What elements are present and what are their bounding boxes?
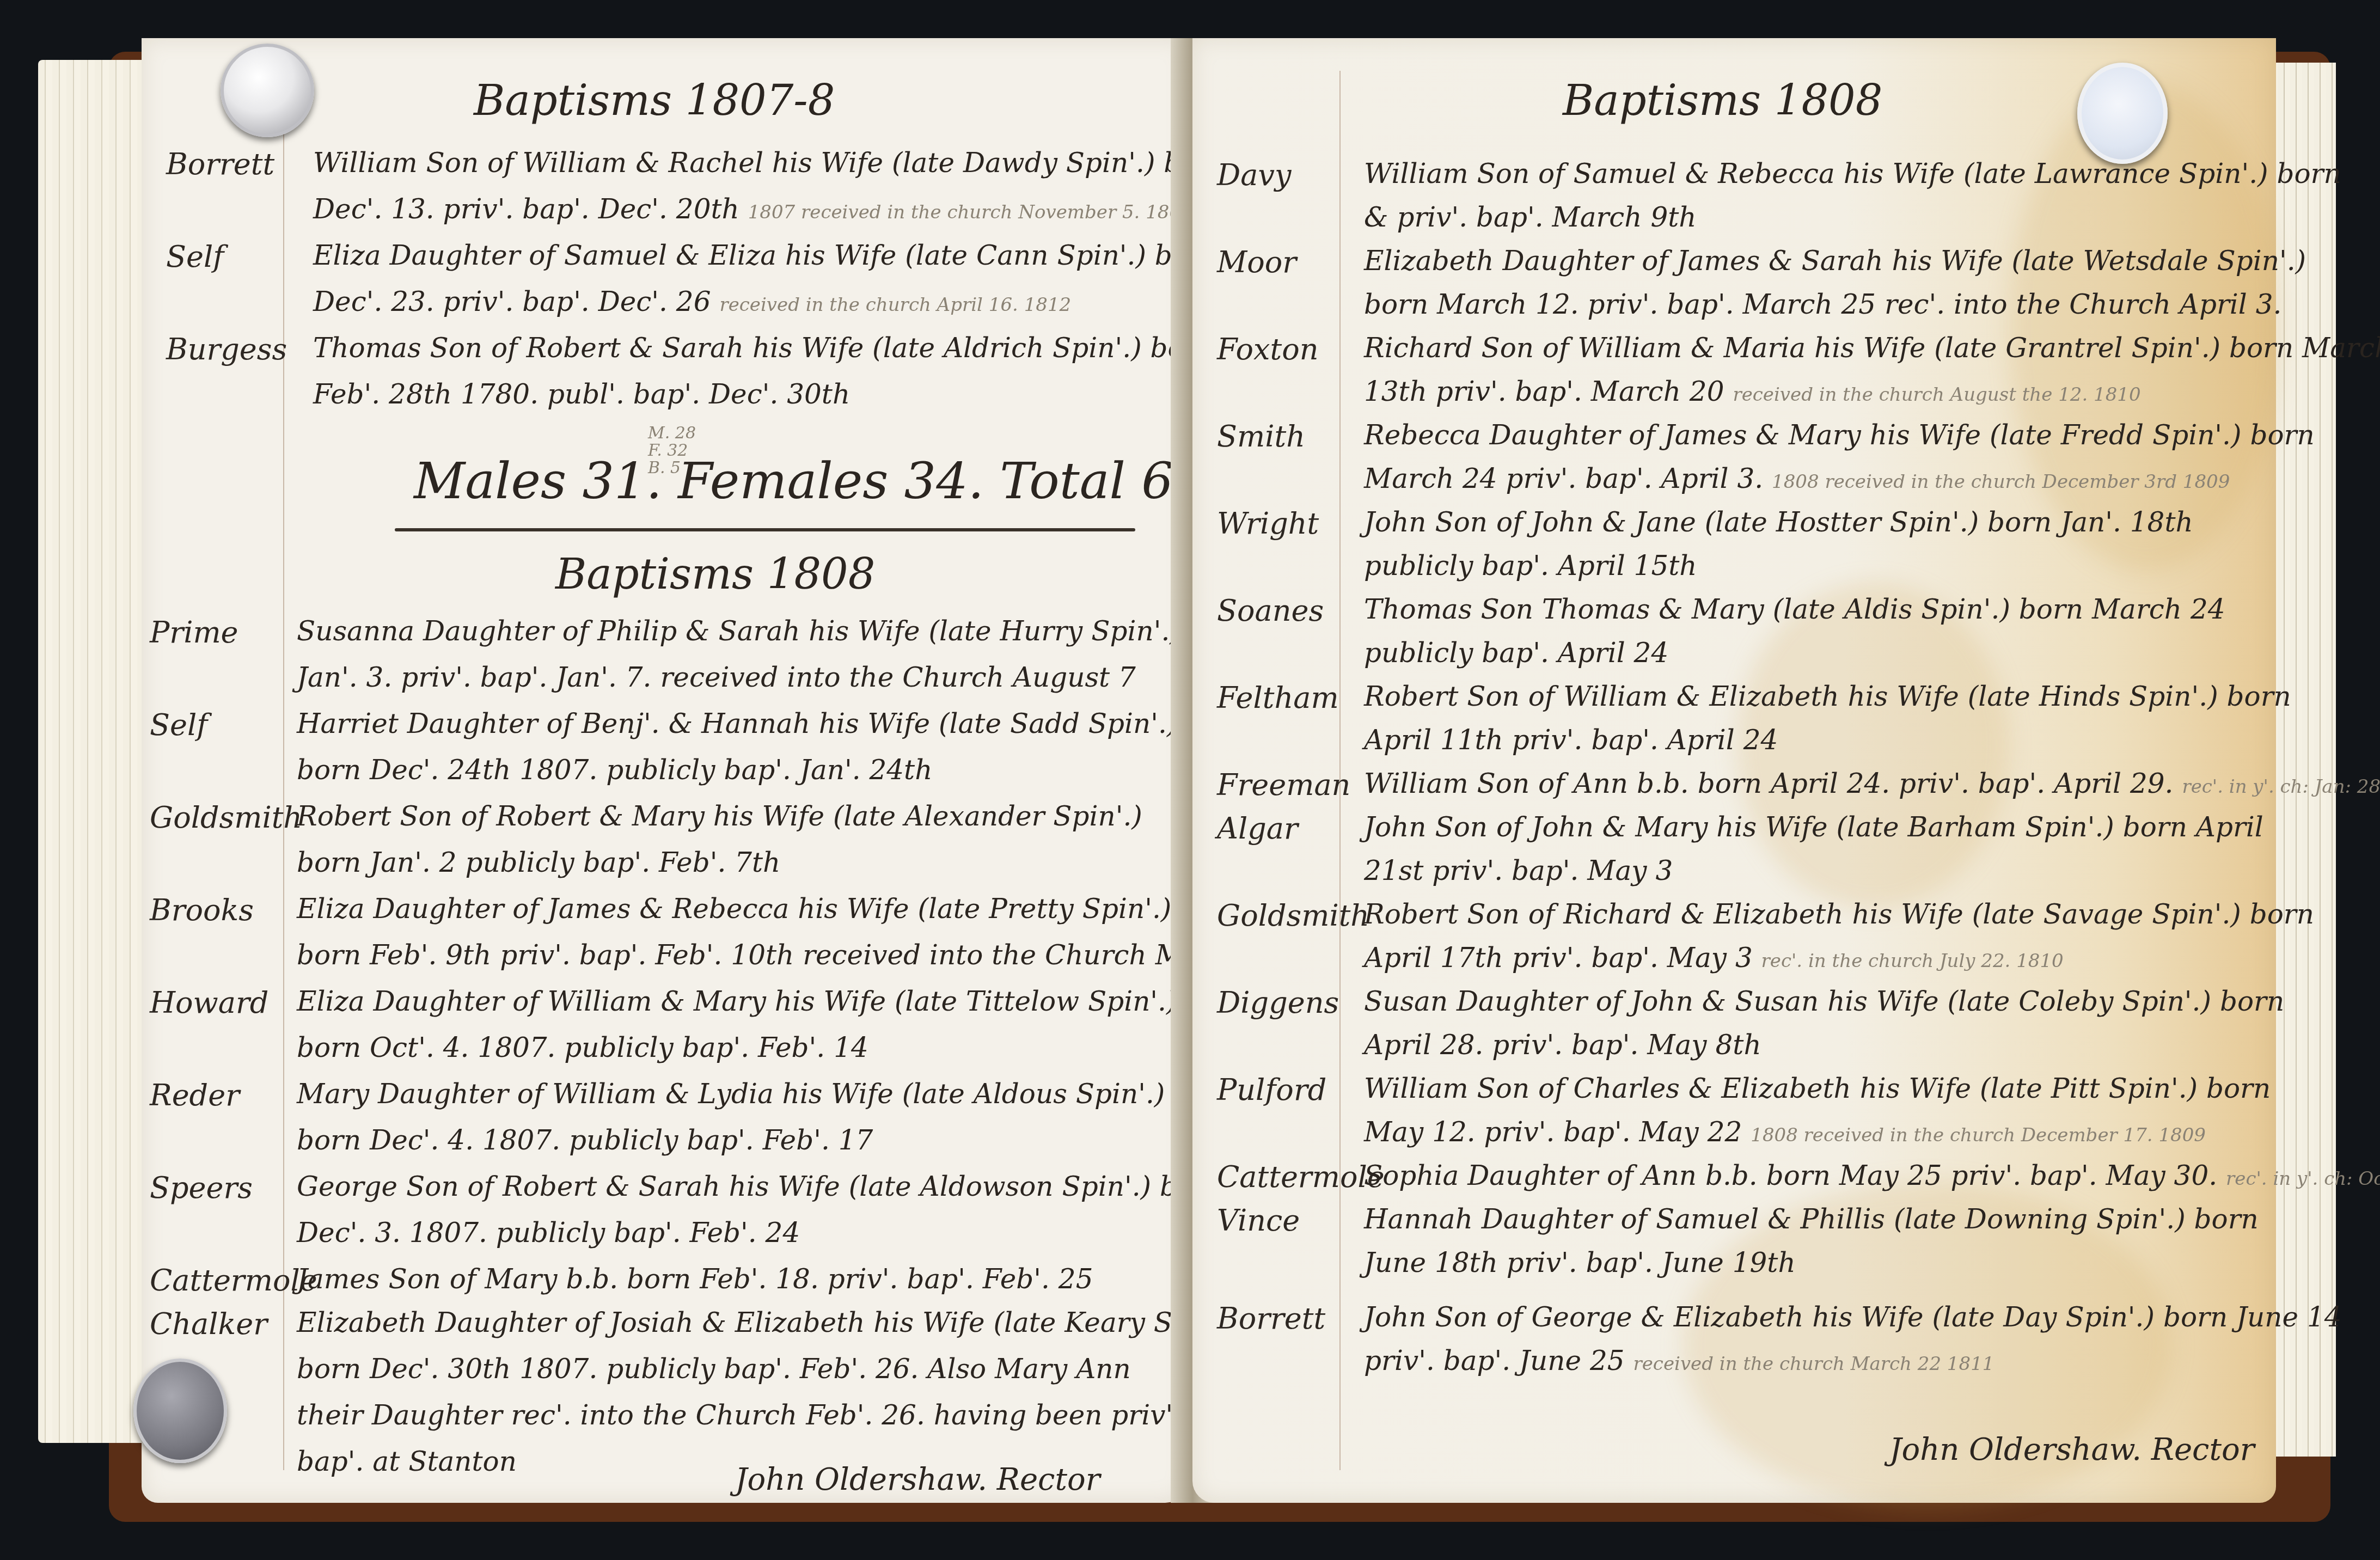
surname: Diggens xyxy=(1217,986,1359,1020)
surname: Howard xyxy=(150,986,291,1020)
surname: Smith xyxy=(1217,419,1359,454)
page-magnet xyxy=(221,44,314,137)
reception-note: rec'. in y'. ch: Jan: 28 1810 xyxy=(2182,776,2380,798)
reception-note: rec'. in y'. ch: Oct: 13. 1811 xyxy=(2226,1168,2380,1190)
surname: Cattermole xyxy=(150,1263,291,1298)
rector-signature: John Oldershaw. Rector xyxy=(735,1462,1100,1497)
reception-note: received in the church March 22 1811 xyxy=(1633,1353,1994,1375)
entry-line: born Dec'. 4. 1807. publicly bap'. Feb'.… xyxy=(297,1124,873,1156)
entry-line: Eliza Daughter of James & Rebecca his Wi… xyxy=(297,893,1171,925)
entry-line: born Dec'. 24th 1807. publicly bap'. Jan… xyxy=(297,754,932,786)
entry-line: Dec'. 23. priv'. bap'. Dec'. 26 received… xyxy=(313,286,1071,317)
surname: Feltham xyxy=(1217,681,1359,715)
entry-line: John Son of John & Mary his Wife (late B… xyxy=(1364,811,2263,843)
surname: Brooks xyxy=(150,893,291,927)
entry-line: April 11th priv'. bap'. April 24 xyxy=(1364,724,1778,756)
entry-line: April 17th priv'. bap'. May 3 rec'. in t… xyxy=(1364,942,2064,974)
surname: Goldsmith xyxy=(1217,898,1359,933)
surname: Reder xyxy=(150,1078,291,1112)
section-heading: Baptisms 1808 xyxy=(555,550,875,599)
entry-line: publicly bap'. April 15th xyxy=(1364,550,1697,582)
entry-line: born Dec'. 30th 1807. publicly bap'. Feb… xyxy=(297,1353,1131,1385)
reception-note: 1808 received in the church December 17.… xyxy=(1751,1124,2206,1146)
surname: Algar xyxy=(1217,811,1359,846)
entry-line: John Son of John & Jane (late Hostter Sp… xyxy=(1364,506,2193,538)
reception-note: rec'. in the church July 22. 1810 xyxy=(1761,950,2064,972)
reception-note: received in the church August the 12. 18… xyxy=(1733,384,2140,406)
entry-line: 13th priv'. bap'. March 20 received in t… xyxy=(1364,376,2141,407)
entry-line: William Son of William & Rachel his Wife… xyxy=(313,147,1228,179)
totals-line: Males 31. Females 34. Total 65. xyxy=(414,452,1221,510)
page-magnet xyxy=(133,1359,227,1463)
reception-note: received in the church April 16. 1812 xyxy=(719,294,1071,316)
divider-rule xyxy=(395,528,1135,531)
surname: Wright xyxy=(1217,506,1359,541)
entry-line: priv'. bap'. June 25 received in the chu… xyxy=(1364,1345,1994,1377)
surname: Self xyxy=(166,240,308,274)
entry-line: Richard Son of William & Maria his Wife … xyxy=(1364,332,2380,364)
entry-line: Mary Daughter of William & Lydia his Wif… xyxy=(297,1078,1165,1110)
surname: Pulford xyxy=(1217,1073,1359,1107)
entry-line: Dec'. 3. 1807. publicly bap'. Feb'. 24 xyxy=(297,1217,800,1249)
entry-line: John Son of George & Elizabeth his Wife … xyxy=(1364,1301,2342,1333)
entry-line: May 12. priv'. bap'. May 22 1808 receive… xyxy=(1364,1116,2206,1148)
entry-line: William Son of Ann b.b. born April 24. p… xyxy=(1364,768,2380,799)
page-magnet xyxy=(2077,63,2168,164)
surname: Moor xyxy=(1217,245,1359,279)
entry-line: Susanna Daughter of Philip & Sarah his W… xyxy=(297,615,1253,647)
surname: Borrett xyxy=(1217,1301,1359,1336)
entry-line: born Oct'. 4. 1807. publicly bap'. Feb'.… xyxy=(297,1032,868,1063)
entry-line: Jan'. 3. priv'. bap'. Jan'. 7. received … xyxy=(297,662,1136,693)
entry-line: Robert Son of Robert & Mary his Wife (la… xyxy=(297,800,1142,832)
surname: Freeman xyxy=(1217,768,1359,802)
entry-line: Dec'. 13. priv'. bap'. Dec'. 20th 1807 r… xyxy=(313,193,1193,225)
surname: Soanes xyxy=(1217,594,1359,628)
entry-line: Elizabeth Daughter of James & Sarah his … xyxy=(1364,245,2306,277)
rector-signature: John Oldershaw. Rector xyxy=(1889,1432,2254,1467)
entry-line: Robert Son of William & Elizabeth his Wi… xyxy=(1364,681,2291,712)
entry-line: William Son of Samuel & Rebecca his Wife… xyxy=(1364,158,2341,189)
surname: Burgess xyxy=(166,332,308,366)
entry-line: Hannah Daughter of Samuel & Phillis (lat… xyxy=(1364,1203,2259,1235)
surname: Chalker xyxy=(150,1307,291,1341)
right-page: Baptisms 1808 Davy William Son of Samuel… xyxy=(1192,38,2276,1503)
page-heading: Baptisms 1807-8 xyxy=(474,76,835,125)
surname: Vince xyxy=(1217,1203,1359,1238)
entry-line: born Feb'. 9th priv'. bap'. Feb'. 10th r… xyxy=(297,939,1287,971)
entry-line: 21st priv'. bap'. May 3 xyxy=(1364,855,1673,886)
entry-line: Robert Son of Richard & Elizabeth his Wi… xyxy=(1364,898,2314,930)
entry-line: March 24 priv'. bap'. April 3. 1808 rece… xyxy=(1364,463,2230,494)
entry-line: April 28. priv'. bap'. May 8th xyxy=(1364,1029,1761,1061)
entry-line: Thomas Son of Robert & Sarah his Wife (l… xyxy=(313,332,1215,364)
entry-line: Rebecca Daughter of James & Mary his Wif… xyxy=(1364,419,2315,451)
entry-line: Eliza Daughter of Samuel & Eliza his Wif… xyxy=(313,240,1219,271)
surname: Speers xyxy=(150,1171,291,1205)
entry-line: June 18th priv'. bap'. June 19th xyxy=(1364,1247,1796,1278)
surname: Foxton xyxy=(1217,332,1359,366)
entry-line: James Son of Mary b.b. born Feb'. 18. pr… xyxy=(297,1263,1093,1295)
surname: Borrett xyxy=(166,147,308,181)
entry-line: George Son of Robert & Sarah his Wife (l… xyxy=(297,1171,1224,1202)
entry-line: Elizabeth Daughter of Josiah & Elizabeth… xyxy=(297,1307,1243,1338)
entry-line: bap'. at Stanton xyxy=(297,1446,517,1477)
entry-line: Feb'. 28th 1780. publ'. bap'. Dec'. 30th xyxy=(313,378,850,410)
entry-line: Sophia Daughter of Ann b.b. born May 25 … xyxy=(1364,1160,2380,1191)
entry-line: Thomas Son Thomas & Mary (late Aldis Spi… xyxy=(1364,594,2225,625)
surname: Davy xyxy=(1217,158,1359,192)
entry-line: publicly bap'. April 24 xyxy=(1364,637,1668,669)
page-heading: Baptisms 1808 xyxy=(1563,76,1882,125)
entry-line: Harriet Daughter of Benj'. & Hannah his … xyxy=(297,708,1177,739)
reception-note: 1807 received in the church November 5. … xyxy=(748,201,1193,223)
surname: Cattermole xyxy=(1217,1160,1359,1194)
entry-line: William Son of Charles & Elizabeth his W… xyxy=(1364,1073,2271,1104)
entry-line: born Jan'. 2 publicly bap'. Feb'. 7th xyxy=(297,847,780,878)
entry-line: Susan Daughter of John & Susan his Wife … xyxy=(1364,986,2284,1017)
entry-line: born March 12. priv'. bap'. March 25 rec… xyxy=(1364,289,2281,320)
reception-note: 1808 received in the church December 3rd… xyxy=(1772,471,2230,493)
surname: Goldsmith xyxy=(150,800,291,835)
left-page: Baptisms 1807-8 Borrett William Son of W… xyxy=(142,38,1187,1503)
entry-line: & priv'. bap'. March 9th xyxy=(1364,201,1697,233)
margin-rule xyxy=(283,71,284,1470)
entry-line: Eliza Daughter of William & Mary his Wif… xyxy=(297,986,1177,1017)
surname: Self xyxy=(150,708,291,742)
surname: Prime xyxy=(150,615,291,650)
entry-line: their Daughter rec'. into the Church Feb… xyxy=(297,1399,1182,1431)
